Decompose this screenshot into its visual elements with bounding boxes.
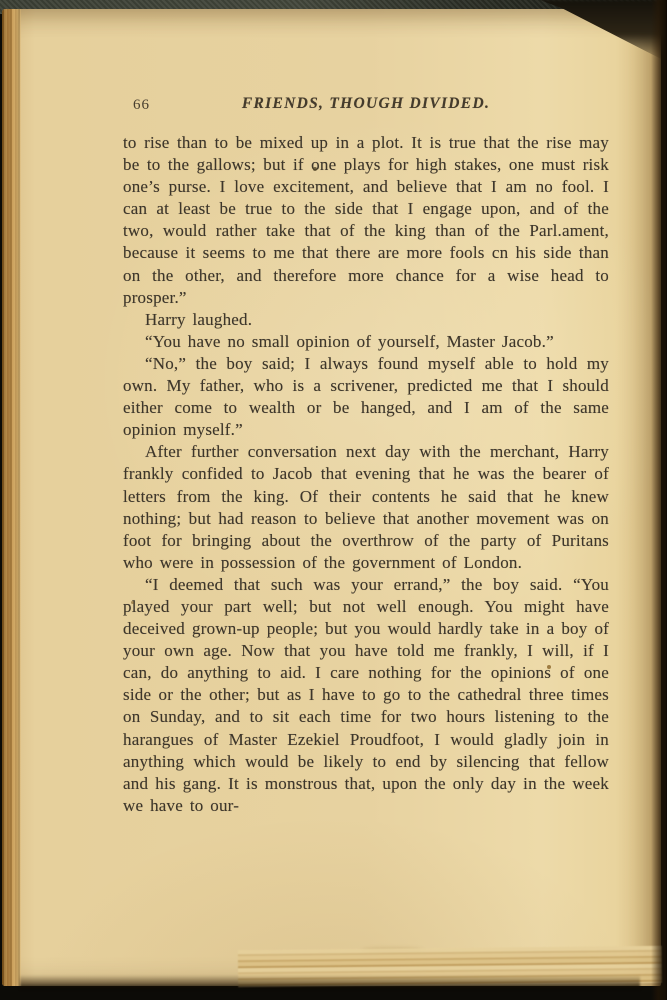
page-text-block: to rise than to be mixed up in a plot. I…	[123, 132, 609, 817]
running-header-title: FRIENDS, THOUGH DIVIDED.	[123, 95, 609, 113]
paper-speck	[131, 601, 134, 604]
paragraph: After further conversation next day with…	[123, 441, 609, 574]
page-left-deckle-edge	[2, 9, 21, 986]
gutter-shadow-right	[651, 0, 667, 1000]
paragraph: “No,” the boy said; I always found mysel…	[123, 353, 609, 441]
paper-speck	[547, 665, 551, 669]
page-number: 66	[133, 97, 150, 114]
scanned-book-photo: 66 FRIENDS, THOUGH DIVIDED. to rise than…	[0, 0, 667, 1000]
paragraph: “You have no small opinion of yourself, …	[123, 331, 609, 353]
bottom-shadow	[20, 975, 640, 989]
paper-speck	[313, 167, 317, 171]
page-header: 66 FRIENDS, THOUGH DIVIDED.	[123, 95, 609, 119]
paragraph: Harry laughed.	[123, 309, 609, 331]
paragraph: to rise than to be mixed up in a plot. I…	[123, 132, 609, 309]
paragraph: “I deemed that such was your errand,” th…	[123, 574, 609, 817]
book-page: 66 FRIENDS, THOUGH DIVIDED. to rise than…	[2, 9, 661, 986]
